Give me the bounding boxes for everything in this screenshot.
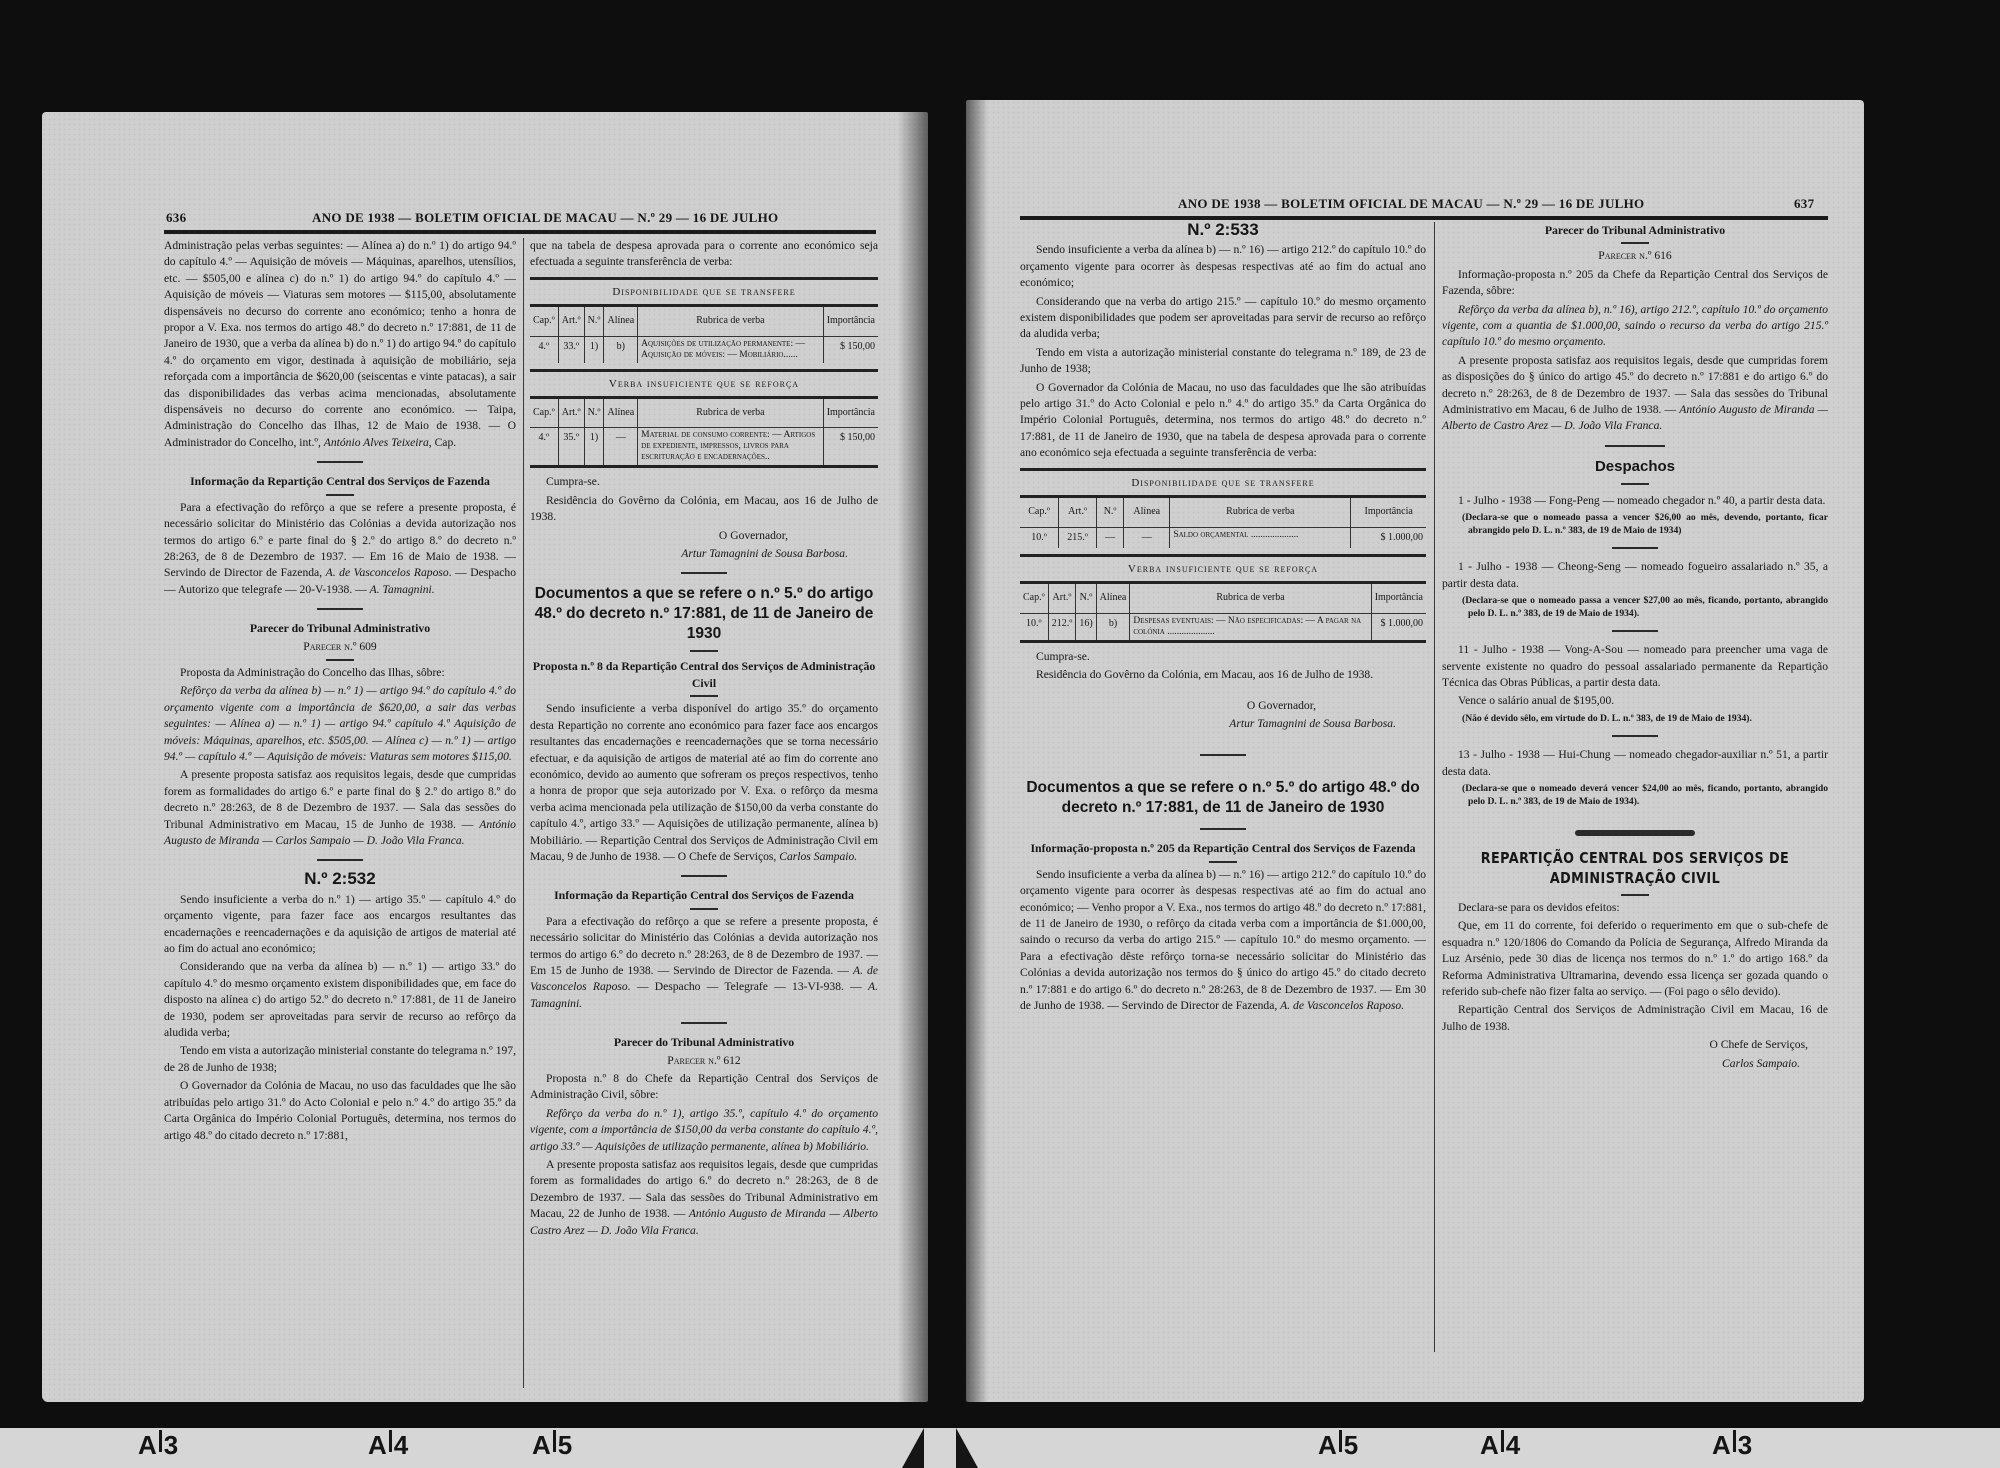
separator bbox=[1200, 754, 1246, 756]
table-cell: $ 150,00 bbox=[823, 336, 878, 363]
reinforce-table: Cap.ºArt.ºN.ºAlíneaRubrica de verbaImpor… bbox=[530, 399, 878, 465]
table-header-cell: Alínea bbox=[604, 399, 638, 428]
table-cell: 35.º bbox=[558, 428, 584, 466]
table-caption: Disponibilidade que se transfere bbox=[1020, 468, 1426, 498]
paragraph: Sendo insuficiente a verba disponível do… bbox=[530, 701, 878, 865]
table-header-cell: Alínea bbox=[1096, 584, 1130, 613]
running-head: ANO DE 1938 — BOLETIM OFICIAL DE MACAU —… bbox=[1178, 196, 1644, 212]
parecer-number: Parecer n.º 612 bbox=[530, 1053, 878, 1069]
paragraph: Tendo em vista a autorização ministerial… bbox=[164, 1043, 516, 1076]
signature-title: O Governador, bbox=[530, 528, 878, 544]
film-marker: A5 bbox=[532, 1430, 572, 1461]
table-header-cell: Art.º bbox=[558, 307, 584, 336]
separator bbox=[1612, 630, 1658, 632]
paragraph: Para a efectivação do refôrço a que se r… bbox=[530, 914, 878, 1012]
section-heading: Parecer do Tribunal Administrativo bbox=[164, 620, 516, 636]
despachos-list: 1 - Julho - 1938 — Fong-Peng — nomeado c… bbox=[1442, 493, 1828, 808]
section-title: REPARTIÇÃO CENTRAL DOS SERVIÇOS DE ADMIN… bbox=[1471, 848, 1799, 888]
right-page-column-2: Parecer do Tribunal Administrativo Parec… bbox=[1442, 222, 1828, 1074]
paragraph: Sendo insuficiente a verba da alínea b) … bbox=[1020, 867, 1426, 1015]
separator bbox=[317, 859, 363, 861]
despacho-note: (Declara-se que o nomeado passa a vencer… bbox=[1442, 512, 1828, 537]
section-heading: Parecer do Tribunal Administrativo bbox=[530, 1034, 878, 1050]
film-marker: A4 bbox=[368, 1430, 408, 1461]
signature-name: Carlos Sampaio. bbox=[1442, 1056, 1828, 1072]
table-header-cell: Rubrica de verba bbox=[638, 307, 824, 336]
separator bbox=[690, 650, 718, 652]
table-row: 10.º212.º16)b)Despesas eventuais: — Não … bbox=[1020, 613, 1426, 640]
separator bbox=[317, 608, 363, 610]
table-cell: 4.º bbox=[530, 336, 558, 363]
despacho-entry: 13 - Julho - 1938 — Hui-Chung — nomeado … bbox=[1442, 747, 1828, 780]
table-cell: Material de consumo corrente: — Artigos … bbox=[638, 428, 824, 466]
table-header-cell: Cap.º bbox=[1020, 498, 1059, 527]
paragraph: Sendo insuficiente a verba do n.º 1) — a… bbox=[164, 892, 516, 958]
paragraph: Residência do Govêrno da Colónia, em Mac… bbox=[530, 493, 878, 526]
table-header-cell: Art.º bbox=[1059, 498, 1097, 527]
table-header-cell: N.º bbox=[1097, 498, 1124, 527]
paragraph: A presente proposta satisfaz aos requisi… bbox=[530, 1157, 878, 1239]
section-heading: Proposta n.º 8 da Repartição Central dos… bbox=[530, 658, 878, 691]
separator bbox=[1621, 483, 1649, 485]
table-header-cell: Cap.º bbox=[1020, 584, 1048, 613]
table-header-cell: Rubrica de verba bbox=[638, 399, 824, 428]
table-cell: — bbox=[604, 428, 638, 466]
film-marker: A5 bbox=[1318, 1430, 1358, 1461]
despacho-note: (Declara-se que o nomeado deverá vencer … bbox=[1442, 783, 1828, 808]
separator bbox=[1612, 547, 1658, 549]
separator bbox=[681, 875, 727, 877]
despacho-entry: 11 - Julho - 1938 — Vong-A-Sou — nomeado… bbox=[1442, 642, 1828, 691]
heavy-separator bbox=[1575, 830, 1695, 836]
table-caption: Verba insuficiente que se reforça bbox=[530, 369, 878, 399]
paragraph: O Governador da Colónia de Macau, no uso… bbox=[164, 1078, 516, 1144]
table-caption: Disponibilidade que se transfere bbox=[530, 277, 878, 307]
paragraph: Considerando que na verba da alínea b) —… bbox=[164, 959, 516, 1041]
section-heading: Parecer do Tribunal Administrativo bbox=[1442, 222, 1828, 238]
section-heading: Informação da Repartição Central dos Ser… bbox=[164, 473, 516, 489]
page-number: 636 bbox=[166, 210, 186, 226]
separator bbox=[326, 659, 354, 661]
table-cell: 212.º bbox=[1048, 613, 1076, 640]
paragraph: Proposta da Administração do Concelho da… bbox=[164, 665, 516, 681]
table-cell: b) bbox=[604, 336, 638, 363]
table-cell: 16) bbox=[1076, 613, 1096, 640]
paragraph: O Governador da Colónia de Macau, no uso… bbox=[1020, 380, 1426, 462]
table-header-cell: Importância bbox=[1371, 584, 1426, 613]
table-row: 4.º33.º1)b)Aquisições de utilização perm… bbox=[530, 336, 878, 363]
table-header-cell: Art.º bbox=[558, 399, 584, 428]
film-marker: A3 bbox=[1712, 1430, 1752, 1461]
table-cell: 4.º bbox=[530, 428, 558, 466]
signature-name: Artur Tamagnini de Sousa Barbosa. bbox=[1020, 716, 1426, 732]
table-cell: $ 1.000,00 bbox=[1371, 613, 1426, 640]
separator bbox=[317, 461, 363, 463]
paragraph: Administração pelas verbas seguintes: — … bbox=[164, 238, 516, 451]
paragraph: A presente proposta satisfaz aos requisi… bbox=[164, 767, 516, 849]
table-row: 4.º35.º1)—Material de consumo corrente: … bbox=[530, 428, 878, 466]
separator bbox=[681, 1022, 727, 1024]
paragraph: A presente proposta satisfaz aos requisi… bbox=[1442, 353, 1828, 435]
left-page-column-1: Administração pelas verbas seguintes: — … bbox=[164, 238, 516, 1146]
table-header-cell: Rubrica de verba bbox=[1130, 584, 1371, 613]
separator bbox=[1605, 445, 1665, 447]
microfilm-strip: A3 A4 A5 A5 A4 A3 bbox=[0, 1428, 2000, 1468]
right-page-column-1: N.º 2:533 Sendo insuficiente a verba da … bbox=[1020, 222, 1426, 1016]
signature-name: Artur Tamagnini de Sousa Barbosa. bbox=[530, 546, 878, 562]
paragraph: Repartição Central dos Serviços de Admin… bbox=[1442, 1002, 1828, 1035]
paragraph: que na tabela de despesa aprovada para o… bbox=[530, 238, 878, 271]
paragraph: Declara-se para os devidos efeitos: bbox=[1442, 900, 1828, 916]
running-head: ANO DE 1938 — BOLETIM OFICIAL DE MACAU —… bbox=[312, 210, 778, 226]
paragraph: Refôrço da verba da alínea b) — n.º 1) —… bbox=[164, 683, 516, 765]
decree-number: N.º 2:532 bbox=[164, 871, 516, 887]
parecer-number: Parecer n.º 616 bbox=[1442, 248, 1828, 264]
header-rule bbox=[1020, 216, 1828, 220]
paragraph: Residência do Govêrno da Colónia, em Mac… bbox=[1020, 667, 1426, 683]
table-header-cell: Importância bbox=[823, 399, 878, 428]
left-page: 636 ANO DE 1938 — BOLETIM OFICIAL DE MAC… bbox=[42, 112, 928, 1402]
table-header-cell: Cap.º bbox=[530, 307, 558, 336]
table-header-cell: N.º bbox=[1076, 584, 1096, 613]
gutter-shadow bbox=[898, 112, 928, 1402]
table-cell: $ 150,00 bbox=[823, 428, 878, 466]
table-cell: — bbox=[1097, 527, 1124, 548]
table-cell: 33.º bbox=[558, 336, 584, 363]
section-heading: Informação da Repartição Central dos Ser… bbox=[530, 887, 878, 903]
table-cell: Despesas eventuais: — Não especificadas:… bbox=[1130, 613, 1371, 640]
table-header-cell: Alínea bbox=[604, 307, 638, 336]
paragraph: Refôrço da verba da alínea b), n.º 16), … bbox=[1442, 302, 1828, 351]
paragraph: Refôrço da verba do n.º 1), artigo 35.º,… bbox=[530, 1106, 878, 1155]
transfer-table: Cap.ºArt.ºN.ºAlíneaRubrica de verbaImpor… bbox=[530, 307, 878, 362]
paragraph: Cumpra-se. bbox=[1020, 649, 1426, 665]
paragraph: Cumpra-se. bbox=[530, 474, 878, 490]
column-rule bbox=[523, 238, 524, 1388]
table-cell: Aquisições de utilização permanente: — A… bbox=[638, 336, 824, 363]
separator bbox=[681, 572, 727, 574]
parecer-number: Parecer n.º 609 bbox=[164, 639, 516, 655]
table-cell: 1) bbox=[584, 336, 604, 363]
separator bbox=[1209, 861, 1237, 863]
table-end-rule bbox=[1020, 640, 1426, 643]
table-cell: b) bbox=[1096, 613, 1130, 640]
paragraph: Informação-proposta n.º 205 da Chefe da … bbox=[1442, 267, 1828, 300]
decree-number: N.º 2:533 bbox=[1020, 222, 1426, 238]
separator bbox=[1621, 894, 1649, 896]
paragraph: Proposta n.º 8 do Chefe da Repartição Ce… bbox=[530, 1071, 878, 1104]
table-cell: — bbox=[1124, 527, 1170, 548]
film-triangle-left bbox=[902, 1428, 924, 1468]
signature-title: O Chefe de Serviços, bbox=[1442, 1037, 1828, 1053]
paragraph: Para a efectivação do refôrço a que se r… bbox=[164, 500, 516, 598]
table-header-cell: Importância bbox=[1351, 498, 1426, 527]
separator bbox=[326, 494, 354, 496]
table-caption: Verba insuficiente que se reforça bbox=[1020, 554, 1426, 584]
despacho-salary: Vence o salário anual de $195,00. bbox=[1442, 693, 1828, 709]
despacho-entry: 1 - Julho - 1938 — Cheong-Seng — nomeado… bbox=[1442, 559, 1828, 592]
table-cell: 10.º bbox=[1020, 527, 1059, 548]
paragraph: Sendo insuficiente a verba da alínea b) … bbox=[1020, 242, 1426, 291]
signature-title: O Governador, bbox=[1020, 698, 1426, 714]
despacho-note: (Declara-se que o nomeado passa a vencer… bbox=[1442, 595, 1828, 620]
section-title: Documentos a que se refere o n.º 5.º do … bbox=[1020, 778, 1426, 818]
table-header-cell: Importância bbox=[823, 307, 878, 336]
separator bbox=[1200, 828, 1246, 830]
table-cell: Saldo orçamental .................... bbox=[1170, 527, 1351, 548]
table-header-cell: Art.º bbox=[1048, 584, 1076, 613]
section-heading: Informação-proposta n.º 205 da Repartiçã… bbox=[1020, 840, 1426, 856]
despacho-entry: 1 - Julho - 1938 — Fong-Peng — nomeado c… bbox=[1442, 493, 1828, 509]
table-cell: 10.º bbox=[1020, 613, 1048, 640]
right-page: ANO DE 1938 — BOLETIM OFICIAL DE MACAU —… bbox=[966, 100, 1864, 1402]
section-title: Documentos a que se refere o n.º 5.º do … bbox=[530, 584, 878, 644]
reinforce-table: Cap.ºArt.ºN.ºAlíneaRubrica de verbaImpor… bbox=[1020, 584, 1426, 639]
despacho-note: (Não é devido sêlo, em virtude do D. L. … bbox=[1442, 713, 1828, 726]
table-cell: 215.º bbox=[1059, 527, 1097, 548]
left-page-column-2: que na tabela de despesa aprovada para o… bbox=[530, 238, 878, 1241]
table-header-cell: N.º bbox=[584, 307, 604, 336]
separator bbox=[690, 695, 718, 697]
table-cell: 1) bbox=[584, 428, 604, 466]
table-end-rule bbox=[530, 465, 878, 468]
paragraph: Que, em 11 do corrente, foi deferido o r… bbox=[1442, 918, 1828, 1000]
header-rule bbox=[164, 230, 876, 234]
separator bbox=[690, 908, 718, 910]
paragraph: Considerando que na verba do artigo 215.… bbox=[1020, 294, 1426, 343]
separator bbox=[1612, 735, 1658, 737]
table-row: 10.º215.º——Saldo orçamental ............… bbox=[1020, 527, 1426, 548]
separator bbox=[1621, 242, 1649, 244]
column-rule bbox=[1434, 222, 1435, 1352]
table-header-cell: N.º bbox=[584, 399, 604, 428]
table-header-cell: Rubrica de verba bbox=[1170, 498, 1351, 527]
paragraph: Tendo em vista a autorização ministerial… bbox=[1020, 345, 1426, 378]
section-title: Despachos bbox=[1442, 457, 1828, 477]
transfer-table: Cap.ºArt.ºN.ºAlíneaRubrica de verbaImpor… bbox=[1020, 498, 1426, 548]
table-header-cell: Cap.º bbox=[530, 399, 558, 428]
film-triangle-right bbox=[956, 1428, 978, 1468]
film-marker: A3 bbox=[138, 1430, 178, 1461]
page-number: 637 bbox=[1794, 196, 1814, 212]
table-header-cell: Alínea bbox=[1124, 498, 1170, 527]
film-marker: A4 bbox=[1480, 1430, 1520, 1461]
table-cell: $ 1.000,00 bbox=[1351, 527, 1426, 548]
gutter-shadow bbox=[966, 100, 988, 1402]
